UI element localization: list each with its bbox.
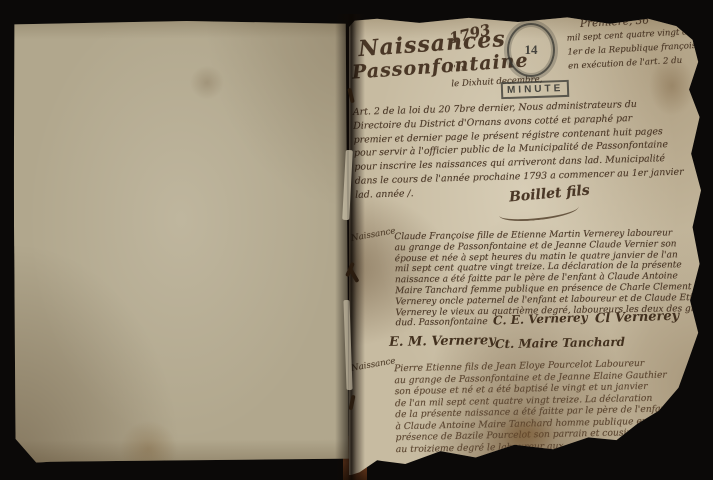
opening-paragraph: Art. 2 de la loi du 20 7bre dernier, Nou… [353,96,700,202]
record-lines: Pierre Etienne fils de Jean Eloye Pource… [394,357,701,455]
witness-signature: Ct. Maire Tanchard [495,335,625,351]
record-margin-note: Naissance [350,356,396,374]
revenue-stamp: 14 MINUTE [501,23,565,98]
witness-signature: E. M. Vernerey [389,333,496,350]
stamp-value: 14 [525,42,538,58]
minute-stamp: MINUTE [501,80,570,99]
stamp-oval-icon: 14 [507,23,555,77]
left-page [13,20,349,462]
right-page: Naissances Passonfontaine 1793 14 MINUTE… [349,16,701,475]
witness-signature: Cl Vernerey [595,309,680,327]
scan-stage: Naissances Passonfontaine 1793 14 MINUTE… [0,0,713,480]
record-margin-note: Naissance [350,226,396,244]
docket-block: Premiere, 36 mil sept cent quatre vingt … [566,10,710,73]
